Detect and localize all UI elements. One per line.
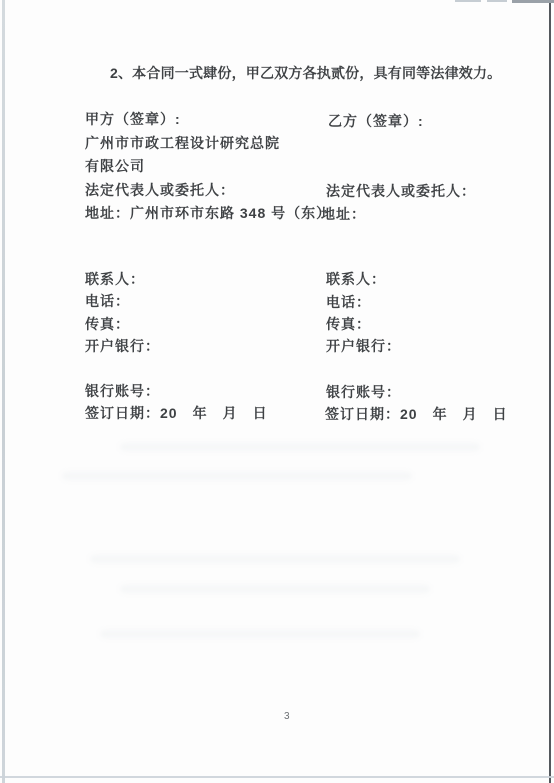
top-scan-mark-artifact bbox=[455, 0, 481, 2]
party-a-address: 地址：广州市环市东路 348 号（东） bbox=[85, 206, 331, 221]
party-b-contact-label: 联系人： bbox=[326, 272, 386, 287]
bleedthrough-artifact bbox=[90, 555, 460, 563]
left-scan-edge-artifact bbox=[2, 0, 5, 783]
clause-text: 2、本合同一式肆份，甲乙双方各执贰份，具有同等法律效力。 bbox=[110, 66, 501, 81]
party-a-fax-label: 传真： bbox=[85, 317, 130, 332]
contract-page: 2、本合同一式肆份，甲乙双方各执贰份，具有同等法律效力。 甲方（签章）: 广州市… bbox=[0, 0, 554, 783]
party-a-contact-label: 联系人： bbox=[85, 272, 145, 287]
party-a-phone-label: 电话： bbox=[85, 294, 130, 309]
top-scan-mark-artifact bbox=[512, 0, 554, 3]
top-scan-mark-artifact bbox=[487, 0, 507, 2]
party-b-fax-label: 传真： bbox=[326, 317, 371, 332]
party-a-bank-label: 开户银行： bbox=[85, 339, 160, 354]
bleedthrough-artifact bbox=[62, 472, 412, 480]
party-a-company-name-line1: 广州市市政工程设计研究总院 bbox=[85, 136, 280, 151]
party-a-sign-date: 签订日期：20 年 月 日 bbox=[85, 406, 268, 421]
page-number: 3 bbox=[284, 711, 290, 722]
party-b-phone-label: 电话： bbox=[326, 295, 371, 310]
party-b-bank-account-label: 银行账号： bbox=[326, 385, 401, 400]
party-a-bank-account-label: 银行账号： bbox=[85, 384, 160, 399]
right-scan-edge-artifact bbox=[549, 2, 551, 783]
party-b-signature-label: 乙方（签章）: bbox=[328, 114, 424, 129]
bottom-scan-edge-artifact bbox=[0, 776, 554, 778]
party-a-signature-label: 甲方（签章）: bbox=[85, 112, 181, 127]
party-b-bank-label: 开户银行： bbox=[326, 339, 401, 354]
party-a-company-name-line2: 有限公司 bbox=[85, 159, 145, 174]
bleedthrough-artifact bbox=[120, 585, 430, 593]
party-b-legal-representative-label: 法定代表人或委托人： bbox=[326, 184, 476, 199]
party-b-sign-date: 签订日期：20 年 月 日 bbox=[325, 407, 508, 422]
party-a-legal-representative-label: 法定代表人或委托人： bbox=[85, 183, 235, 198]
party-b-address: 地址： bbox=[321, 207, 366, 222]
bleedthrough-artifact bbox=[120, 443, 480, 451]
bleedthrough-artifact bbox=[100, 630, 420, 638]
